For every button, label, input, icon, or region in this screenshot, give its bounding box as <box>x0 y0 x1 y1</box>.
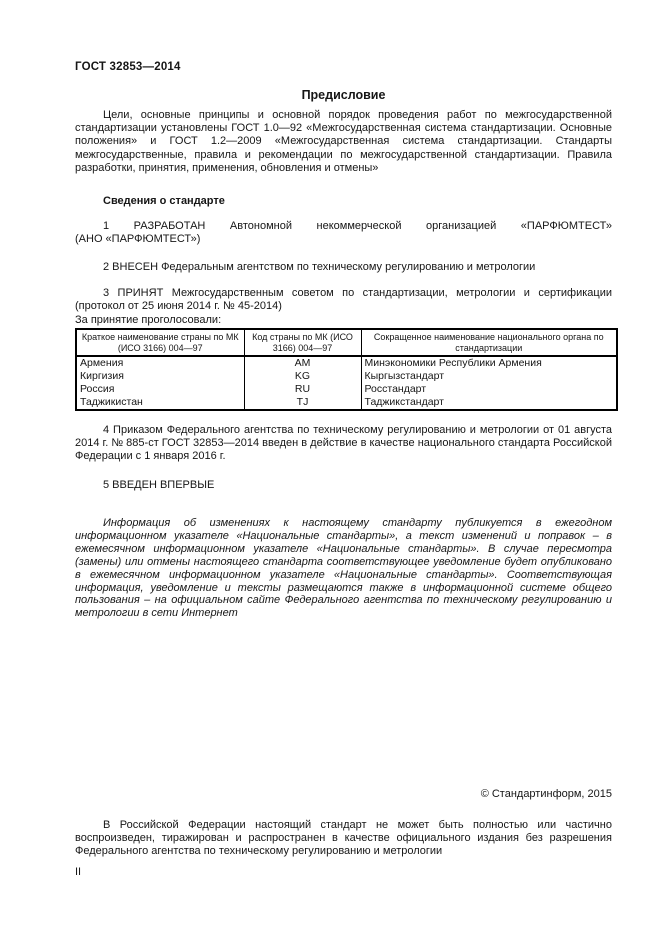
vote-table-header-body: Сокращенное наименование национального о… <box>361 329 617 356</box>
cell-code: RU <box>244 383 361 396</box>
vote-caption: За принятие проголосовали: <box>75 314 612 327</box>
item-1-line-2: (АНО «ПАРФЮМТЕСТ») <box>75 233 612 246</box>
cell-org: Кыргызстандарт <box>361 370 617 383</box>
cell-org: Таджикстандарт <box>361 396 617 410</box>
vote-table-header-country: Краткое наименование страны по МК (ИСО 3… <box>76 329 244 356</box>
cell-code: KG <box>244 370 361 383</box>
vote-table-header: Краткое наименование страны по МК (ИСО 3… <box>76 329 617 356</box>
vote-table: Краткое наименование страны по МК (ИСО 3… <box>75 328 618 411</box>
copyright-notice: © Стандартинформ, 2015 <box>75 788 612 800</box>
document-code: ГОСТ 32853—2014 <box>75 61 181 73</box>
vote-table-header-code: Код страны по МК (ИСО 3166) 004—97 <box>244 329 361 356</box>
amendments-note: Информация об изменениях к настоящему ст… <box>75 517 612 620</box>
table-row: Таджикистан TJ Таджикстандарт <box>76 396 617 410</box>
item-1-line-1: 1 РАЗРАБОТАН Автономной некоммерческой о… <box>75 220 612 233</box>
item-5-first-introduced: 5 ВВЕДЕН ВПЕРВЫЕ <box>75 479 612 492</box>
cell-code: AM <box>244 356 361 370</box>
item-4-order: 4 Приказом Федерального агентства по тех… <box>75 424 612 464</box>
item-2-submitted: 2 ВНЕСЕН Федеральным агентством по техни… <box>75 261 612 274</box>
item-3-adopted: 3 ПРИНЯТ Межгосударственным советом по с… <box>75 287 612 313</box>
document-page: ГОСТ 32853—2014 Предисловие Цели, основн… <box>0 0 661 935</box>
table-row: Россия RU Росстандарт <box>76 383 617 396</box>
cell-country: Киргизия <box>76 370 244 383</box>
cell-country: Россия <box>76 383 244 396</box>
standard-info-heading: Сведения о стандарте <box>103 195 225 207</box>
item-1-developed: 1 РАЗРАБОТАН Автономной некоммерческой о… <box>75 220 612 246</box>
cell-country: Армения <box>76 356 244 370</box>
cell-code: TJ <box>244 396 361 410</box>
cell-org: Росстандарт <box>361 383 617 396</box>
table-row: Киргизия KG Кыргызстандарт <box>76 370 617 383</box>
table-row: Армения AM Минэкономики Республики Армен… <box>76 356 617 370</box>
intro-paragraph: Цели, основные принципы и основной поряд… <box>75 109 612 175</box>
preface-heading: Предисловие <box>75 88 612 102</box>
reproduction-note: В Российской Федерации настоящий стандар… <box>75 819 612 859</box>
cell-country: Таджикистан <box>76 396 244 410</box>
page-number: II <box>75 866 81 878</box>
cell-org: Минэкономики Республики Армения <box>361 356 617 370</box>
